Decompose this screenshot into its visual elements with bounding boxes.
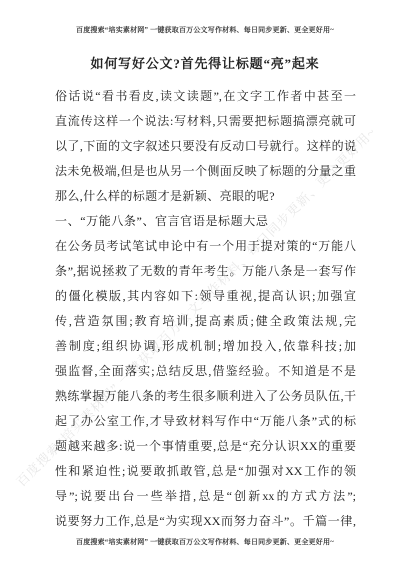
body-line: 说要努力工作,总是“为实现XX而努力奋斗”。千篇一律, (55, 509, 356, 534)
body-line: 导”;说要出台一些举措,总是“创新xx的方式方法”; (55, 484, 356, 509)
document-body: 俗话说“看书看皮,读文读题”,在文字工作者中甚至一直流传这样一个说法:写材料,只… (55, 84, 356, 534)
body-line: 在公务员考试笔试申论中有一个用于提对策的“万能八 (55, 234, 356, 259)
body-line: 那么,什么样的标题才是新颖、亮眼的呢? (55, 184, 356, 209)
body-line: 俗话说“看书看皮,读文读题”,在文字工作者中甚至一 (55, 84, 356, 109)
body-line: 强监督,全面落实;总结反思,借鉴经验。不知道是不是 (55, 359, 356, 384)
section-heading: 一、“万能八条”、官言官语是标题大忌 (55, 209, 356, 234)
body-line: 性和紧迫性;说要敢抓敢管,总是“加强对XX工作的领 (55, 459, 356, 484)
page-footer: 百度搜索“培实素材网” 一键获取百万公文写作材料、每日同步更新、更全更好用~ (0, 537, 410, 547)
document-page: 百度搜索“培实素材网” 一键获取百万公文写作材料、每日同步更新、更全更好用~ 百… (0, 0, 410, 580)
body-line: 的僵化模版,其内容如下:领导重视,提高认识;加强宣 (55, 284, 356, 309)
body-line: 传,营造氛围;教育培训,提高素质;健全政策法规,完 (55, 309, 356, 334)
body-line: 起了办公室工作,才导致材料写作中“万能八条”式的标 (55, 409, 356, 434)
page-title: 如何写好公文?首先得让标题“亮”起来 (0, 53, 410, 72)
body-line: 题越来越多:说一个事情重要,总是“充分认识XX的重要 (55, 434, 356, 459)
body-line: 条”,据说拯救了无数的青年考生。万能八条是一套写作 (55, 259, 356, 284)
body-line: 法未免极端,但是也从另一个侧面反映了标题的分量之重 (55, 159, 356, 184)
body-line: 熟练掌握万能八条的考生很多顺利进入了公务员队伍,干 (55, 384, 356, 409)
body-line: 善制度;组织协调,形成机制;增加投入,依靠科技;加 (55, 334, 356, 359)
body-line: 以了,下面的文字叙述只要没有反动口号就行。这样的说 (55, 134, 356, 159)
body-line: 直流传这样一个说法:写材料,只需要把标题搞漂亮就可 (55, 109, 356, 134)
page-header: 百度搜索“培实素材网” 一键获取百万公文写作材料、每日同步更新、更全更好用~ (0, 25, 410, 35)
